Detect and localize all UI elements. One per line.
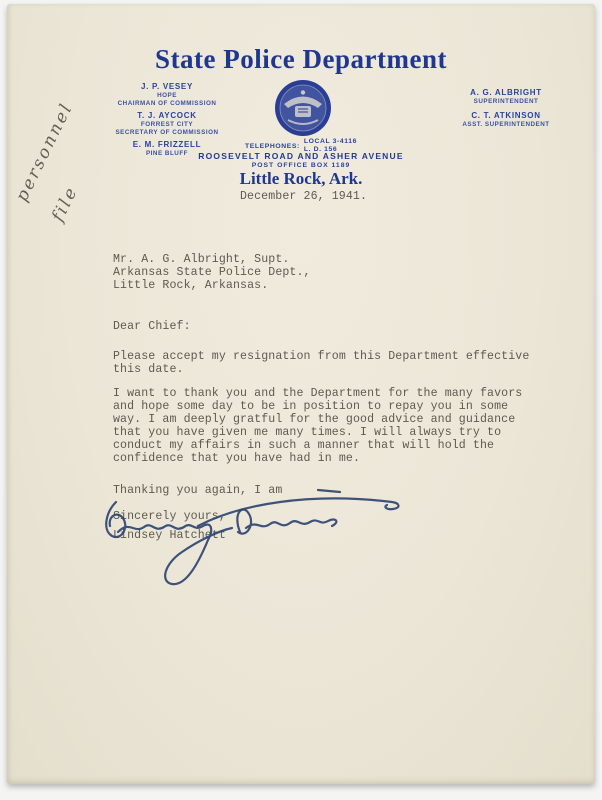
recipient-line: Little Rock, Arkansas. — [113, 279, 268, 292]
official-name: J. P. VESEY — [87, 82, 247, 91]
official-sub: HOPE — [87, 92, 247, 99]
official-name: T. J. AYCOCK — [87, 111, 247, 120]
body-line: I want to thank you and the Department f… — [113, 387, 522, 400]
official-sub: SUPERINTENDENT — [426, 98, 586, 105]
body-line: confidence that you have had in me. — [113, 452, 360, 465]
official-entry: T. J. AYCOCK FORREST CITY SECRETARY OF C… — [87, 111, 247, 136]
official-entry: C. T. ATKINSON ASST. SUPERINTENDENT — [426, 111, 586, 128]
official-entry: J. P. VESEY HOPE CHAIRMAN OF COMMISSION — [87, 82, 247, 107]
body-line: way. I am deeply gratful for the good ad… — [113, 413, 515, 426]
body-line: this date. — [113, 363, 184, 376]
official-name: C. T. ATKINSON — [426, 111, 586, 120]
official-entry: A. G. ALBRIGHT SUPERINTENDENT — [426, 88, 586, 105]
official-sub: ASST. SUPERINTENDENT — [426, 121, 586, 128]
letterhead-po-box: POST OFFICE BOX 1189 — [0, 162, 602, 169]
official-sub: FORREST CITY — [87, 121, 247, 128]
official-sub: SECRETARY OF COMMISSION — [87, 129, 247, 136]
letterhead-city: Little Rock, Ark. — [0, 169, 602, 189]
letterhead-street-address: ROOSEVELT ROAD AND ASHER AVENUE — [0, 151, 602, 161]
letterhead-officials-right: A. G. ALBRIGHT SUPERINTENDENT C. T. ATKI… — [426, 88, 586, 132]
body-line: and hope some day to be in position to r… — [113, 400, 508, 413]
body-line: that you have given me many times. I wil… — [113, 426, 501, 439]
official-name: A. G. ALBRIGHT — [426, 88, 586, 97]
handwritten-signature — [100, 486, 430, 611]
letter-date: December 26, 1941. — [240, 190, 367, 203]
official-sub: CHAIRMAN OF COMMISSION — [87, 100, 247, 107]
telephone-local: LOCAL 3-4116 — [304, 138, 357, 146]
letterhead-title: State Police Department — [0, 44, 602, 75]
body-line: conduct my affairs in such a manner that… — [113, 439, 494, 452]
state-seal-icon — [274, 79, 332, 137]
salutation: Dear Chief: — [113, 320, 191, 333]
recipient-line: Mr. A. G. Albright, Supt. — [113, 253, 289, 266]
body-line: Please accept my resignation from this D… — [113, 350, 529, 363]
recipient-line: Arkansas State Police Dept., — [113, 266, 311, 279]
scanned-letter-page: personnel file State Police Department J… — [0, 0, 602, 800]
